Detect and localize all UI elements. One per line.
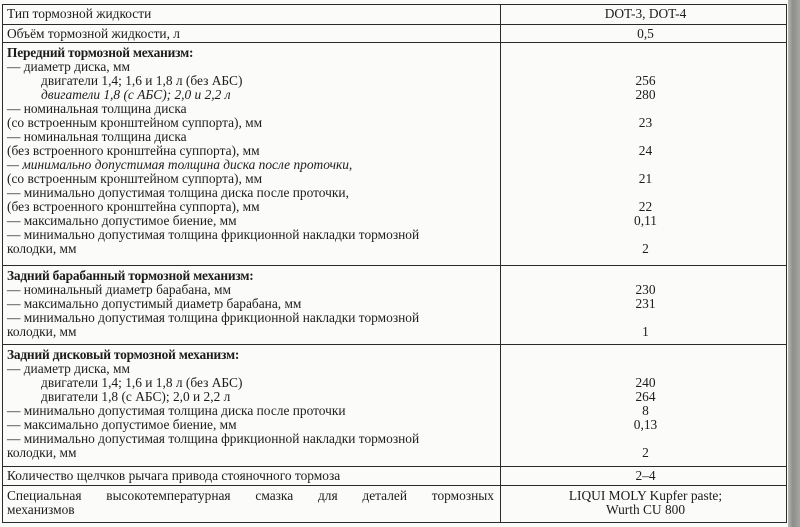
- grease-value: Wurth CU 800: [505, 503, 786, 517]
- spec-value: 0,13: [505, 418, 786, 432]
- section-title: Задний дисковый тормозной механизм:: [7, 348, 500, 362]
- spec-value: 22: [505, 200, 786, 214]
- spec-value: 231: [505, 297, 786, 311]
- fluid-volume-label: Объём тормозной жидкости, л: [7, 27, 500, 41]
- spec-label: колодки, мм: [7, 242, 500, 256]
- spec-label: (без встроенного кронштейна суппорта), м…: [7, 200, 500, 214]
- spec-label: — минимально допустимая толщина фрикцион…: [7, 311, 500, 325]
- spec-label: — минимально допустимая толщина диска по…: [7, 158, 500, 172]
- spec-label: — минимально допустимая толщина фрикцион…: [7, 432, 500, 446]
- table-row-front-brake: Передний тормозной механизм: — диаметр д…: [3, 43, 787, 266]
- value-cell: 230 231 1: [501, 266, 787, 345]
- fluid-type-value: DOT-3, DOT-4: [505, 7, 786, 21]
- value-cell: 240 264 8 0,13 2: [501, 345, 787, 467]
- parking-clicks-label: Количество щелчков рычага привода стояно…: [7, 469, 500, 483]
- table-row-fluid-type: Тип тормозной жидкости DOT-3, DOT-4: [3, 5, 787, 25]
- spec-label: двигатели 1,4; 1,6 и 1,8 л (без АБС): [7, 376, 500, 390]
- fluid-volume-value: 0,5: [505, 27, 786, 41]
- spec-value: 23: [505, 116, 786, 130]
- value-cell: LIQUI MOLY Kupfer paste; Wurth CU 800: [501, 486, 787, 523]
- spec-value: 264: [505, 390, 786, 404]
- page-edge-shadow: [788, 0, 800, 527]
- spec-label: — максимально допустимый диаметр барабан…: [7, 297, 500, 311]
- table-row-parking-clicks: Количество щелчков рычага привода стояно…: [3, 467, 787, 486]
- table-row-grease: Специальная высокотемпературная смазка д…: [3, 486, 787, 523]
- label-cell: Задний дисковый тормозной механизм: — ди…: [3, 345, 501, 467]
- spec-label: — номинальный диаметр барабана, мм: [7, 283, 500, 297]
- section-title: Задний барабанный тормозной механизм:: [7, 269, 500, 283]
- spec-label: — минимально допустимая толщина фрикцион…: [7, 228, 500, 242]
- spec-value: 21: [505, 172, 786, 186]
- fluid-type-label: Тип тормозной жидкости: [7, 7, 500, 21]
- spec-label: колодки, мм: [7, 446, 500, 460]
- value-cell: DOT-3, DOT-4: [501, 5, 787, 25]
- grease-label: Специальная высокотемпературная смазка д…: [7, 489, 494, 503]
- value-cell: 0,5: [501, 25, 787, 43]
- value-cell: 2–4: [501, 467, 787, 486]
- spec-label: — номинальная толщина диска: [7, 102, 500, 116]
- parking-clicks-value: 2–4: [505, 469, 786, 483]
- label-cell: Количество щелчков рычага привода стояно…: [3, 467, 501, 486]
- spec-label: двигатели 1,8 (с АБС); 2,0 и 2,2 л: [7, 390, 500, 404]
- spec-label: — максимально допустимое биение, мм: [7, 214, 500, 228]
- spec-label: — максимально допустимое биение, мм: [7, 418, 500, 432]
- label-cell: Объём тормозной жидкости, л: [3, 25, 501, 43]
- spec-value: 256: [505, 74, 786, 88]
- spec-value: 280: [505, 88, 786, 102]
- spec-value: 240: [505, 376, 786, 390]
- label-cell: Передний тормозной механизм: — диаметр д…: [3, 43, 501, 266]
- spec-value: 1: [505, 325, 786, 339]
- spec-label: (со встроенным кронштейном суппорта), мм: [7, 116, 500, 130]
- section-title: Передний тормозной механизм:: [7, 46, 500, 60]
- spec-label: двигатели 1,8 (с АБС); 2,0 и 2,2 л: [7, 88, 500, 102]
- spec-label: (со встроенным кронштейном суппорта), мм: [7, 172, 500, 186]
- spec-label: — номинальная толщина диска: [7, 130, 500, 144]
- table-row-rear-drum-brake: Задний барабанный тормозной механизм: — …: [3, 266, 787, 345]
- table-row-fluid-volume: Объём тормозной жидкости, л 0,5: [3, 25, 787, 43]
- value-cell: 256 280 23 24 21 22 0,11 2: [501, 43, 787, 266]
- grease-label: механизмов: [7, 503, 494, 517]
- spec-value: 8: [505, 404, 786, 418]
- spec-value: 24: [505, 144, 786, 158]
- spec-label: — диаметр диска, мм: [7, 362, 500, 376]
- label-cell: Тип тормозной жидкости: [3, 5, 501, 25]
- spec-value: 2: [505, 446, 786, 460]
- label-cell: Специальная высокотемпературная смазка д…: [3, 486, 501, 523]
- spec-label: — минимально допустимая толщина диска по…: [7, 404, 500, 418]
- table-row-rear-disc-brake: Задний дисковый тормозной механизм: — ди…: [3, 345, 787, 467]
- grease-value: LIQUI MOLY Kupfer paste;: [505, 489, 786, 503]
- spec-label: колодки, мм: [7, 325, 500, 339]
- spec-label: двигатели 1,4; 1,6 и 1,8 л (без АБС): [7, 74, 500, 88]
- spec-value: 0,11: [505, 214, 786, 228]
- spec-label: — минимально допустимая толщина диска по…: [7, 186, 500, 200]
- spec-label: (без встроенного кронштейна суппорта), м…: [7, 144, 500, 158]
- spec-value: 2: [505, 242, 786, 256]
- label-cell: Задний барабанный тормозной механизм: — …: [3, 266, 501, 345]
- spec-label: — диаметр диска, мм: [7, 60, 500, 74]
- spec-value: 230: [505, 283, 786, 297]
- brake-specs-table: Тип тормозной жидкости DOT-3, DOT-4 Объё…: [2, 4, 787, 523]
